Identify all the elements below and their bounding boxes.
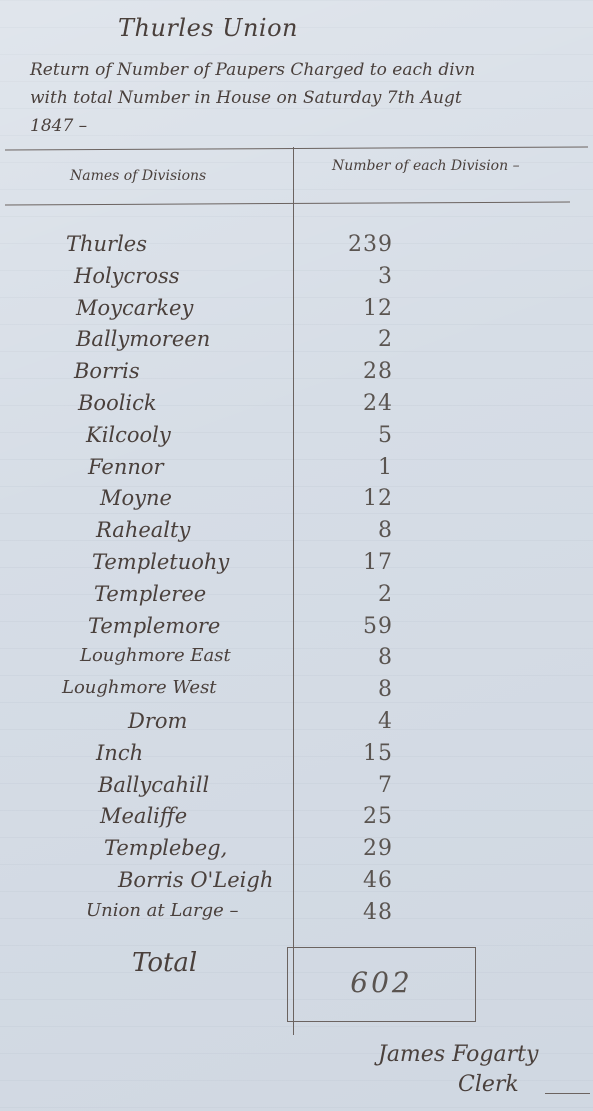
- total-value: 602: [288, 966, 475, 999]
- division-count: 12: [363, 486, 393, 511]
- division-name: Drom: [128, 709, 187, 733]
- table-row: Drom4: [0, 709, 593, 741]
- division-name: Ballycahill: [98, 773, 209, 797]
- division-name: Templetuohy: [92, 550, 229, 574]
- division-count: 8: [378, 518, 393, 543]
- table-top-rule: [5, 146, 588, 150]
- table-row: Borris O'Leigh46: [0, 868, 593, 900]
- division-count: 48: [363, 900, 393, 925]
- division-name: Fennor: [88, 455, 164, 479]
- table-row: Holycross3: [0, 264, 593, 296]
- table-row: Templeree2: [0, 582, 593, 614]
- subtitle-line-3: 1847 –: [30, 112, 593, 140]
- table-row: Templemore59: [0, 614, 593, 646]
- document-subtitle: Return of Number of Paupers Charged to e…: [30, 56, 593, 140]
- document-title: Thurles Union: [118, 14, 298, 42]
- division-count: 8: [378, 677, 393, 702]
- table-row: Inch15: [0, 741, 593, 773]
- signature-title: Clerk: [458, 1072, 519, 1097]
- division-count: 4: [378, 709, 393, 734]
- divisions-table: Thurles239 Holycross3 Moycarkey12 Ballym…: [0, 232, 593, 932]
- table-row: Rahealty8: [0, 518, 593, 550]
- division-name: Ballymoreen: [76, 327, 210, 351]
- table-row: Borris28: [0, 359, 593, 391]
- division-name: Boolick: [78, 391, 157, 415]
- division-count: 1: [378, 455, 393, 480]
- division-count: 8: [378, 645, 393, 670]
- division-name: Moyne: [100, 486, 172, 510]
- division-count: 17: [363, 550, 393, 575]
- table-row: Ballymoreen2: [0, 327, 593, 359]
- table-row: Loughmore East8: [0, 645, 593, 677]
- division-count: 239: [348, 232, 393, 257]
- division-name: Rahealty: [96, 518, 190, 542]
- total-label: Total: [132, 948, 197, 978]
- table-row: Templebeg,29: [0, 836, 593, 868]
- division-count: 24: [363, 391, 393, 416]
- division-name: Union at Large –: [86, 900, 239, 921]
- table-row: Mealiffe25: [0, 804, 593, 836]
- division-count: 12: [363, 296, 393, 321]
- division-count: 28: [363, 359, 393, 384]
- division-count: 29: [363, 836, 393, 861]
- division-name: Holycross: [74, 264, 180, 288]
- table-row: Boolick24: [0, 391, 593, 423]
- division-count: 5: [378, 423, 393, 448]
- division-name: Borris: [74, 359, 140, 383]
- division-name: Thurles: [66, 232, 147, 256]
- table-row: Kilcooly5: [0, 423, 593, 455]
- subtitle-line-1: Return of Number of Paupers Charged to e…: [30, 56, 593, 84]
- table-row: Loughmore West8: [0, 677, 593, 709]
- division-count: 2: [378, 582, 393, 607]
- subtitle-line-2: with total Number in House on Saturday 7…: [30, 84, 593, 112]
- table-row: Moycarkey12: [0, 296, 593, 328]
- signature-name: James Fogarty: [378, 1042, 538, 1067]
- table-row: Ballycahill7: [0, 773, 593, 805]
- column-header-count: Number of each Division –: [332, 158, 520, 174]
- document-page: Thurles Union Return of Number of Pauper…: [0, 0, 593, 1111]
- division-name: Templebeg,: [104, 836, 227, 860]
- table-row: Union at Large –48: [0, 900, 593, 932]
- table-row: Moyne12: [0, 486, 593, 518]
- division-count: 2: [378, 327, 393, 352]
- division-name: Borris O'Leigh: [118, 868, 273, 892]
- division-name: Loughmore East: [80, 645, 231, 666]
- division-count: 15: [363, 741, 393, 766]
- division-count: 59: [363, 614, 393, 639]
- column-header-names: Names of Divisions: [70, 168, 206, 184]
- division-count: 46: [363, 868, 393, 893]
- division-name: Moycarkey: [76, 296, 193, 320]
- division-count: 7: [378, 773, 393, 798]
- table-row: Thurles239: [0, 232, 593, 264]
- header-bottom-rule: [5, 202, 570, 206]
- division-count: 25: [363, 804, 393, 829]
- division-name: Loughmore West: [62, 677, 217, 698]
- total-box: 602: [287, 947, 476, 1022]
- division-name: Mealiffe: [100, 804, 187, 828]
- division-name: Inch: [96, 741, 143, 765]
- division-count: 3: [378, 264, 393, 289]
- division-name: Templeree: [94, 582, 206, 606]
- table-row: Templetuohy17: [0, 550, 593, 582]
- table-row: Fennor1: [0, 455, 593, 487]
- division-name: Templemore: [88, 614, 220, 638]
- signature-dash: [545, 1093, 590, 1094]
- division-name: Kilcooly: [86, 423, 171, 447]
